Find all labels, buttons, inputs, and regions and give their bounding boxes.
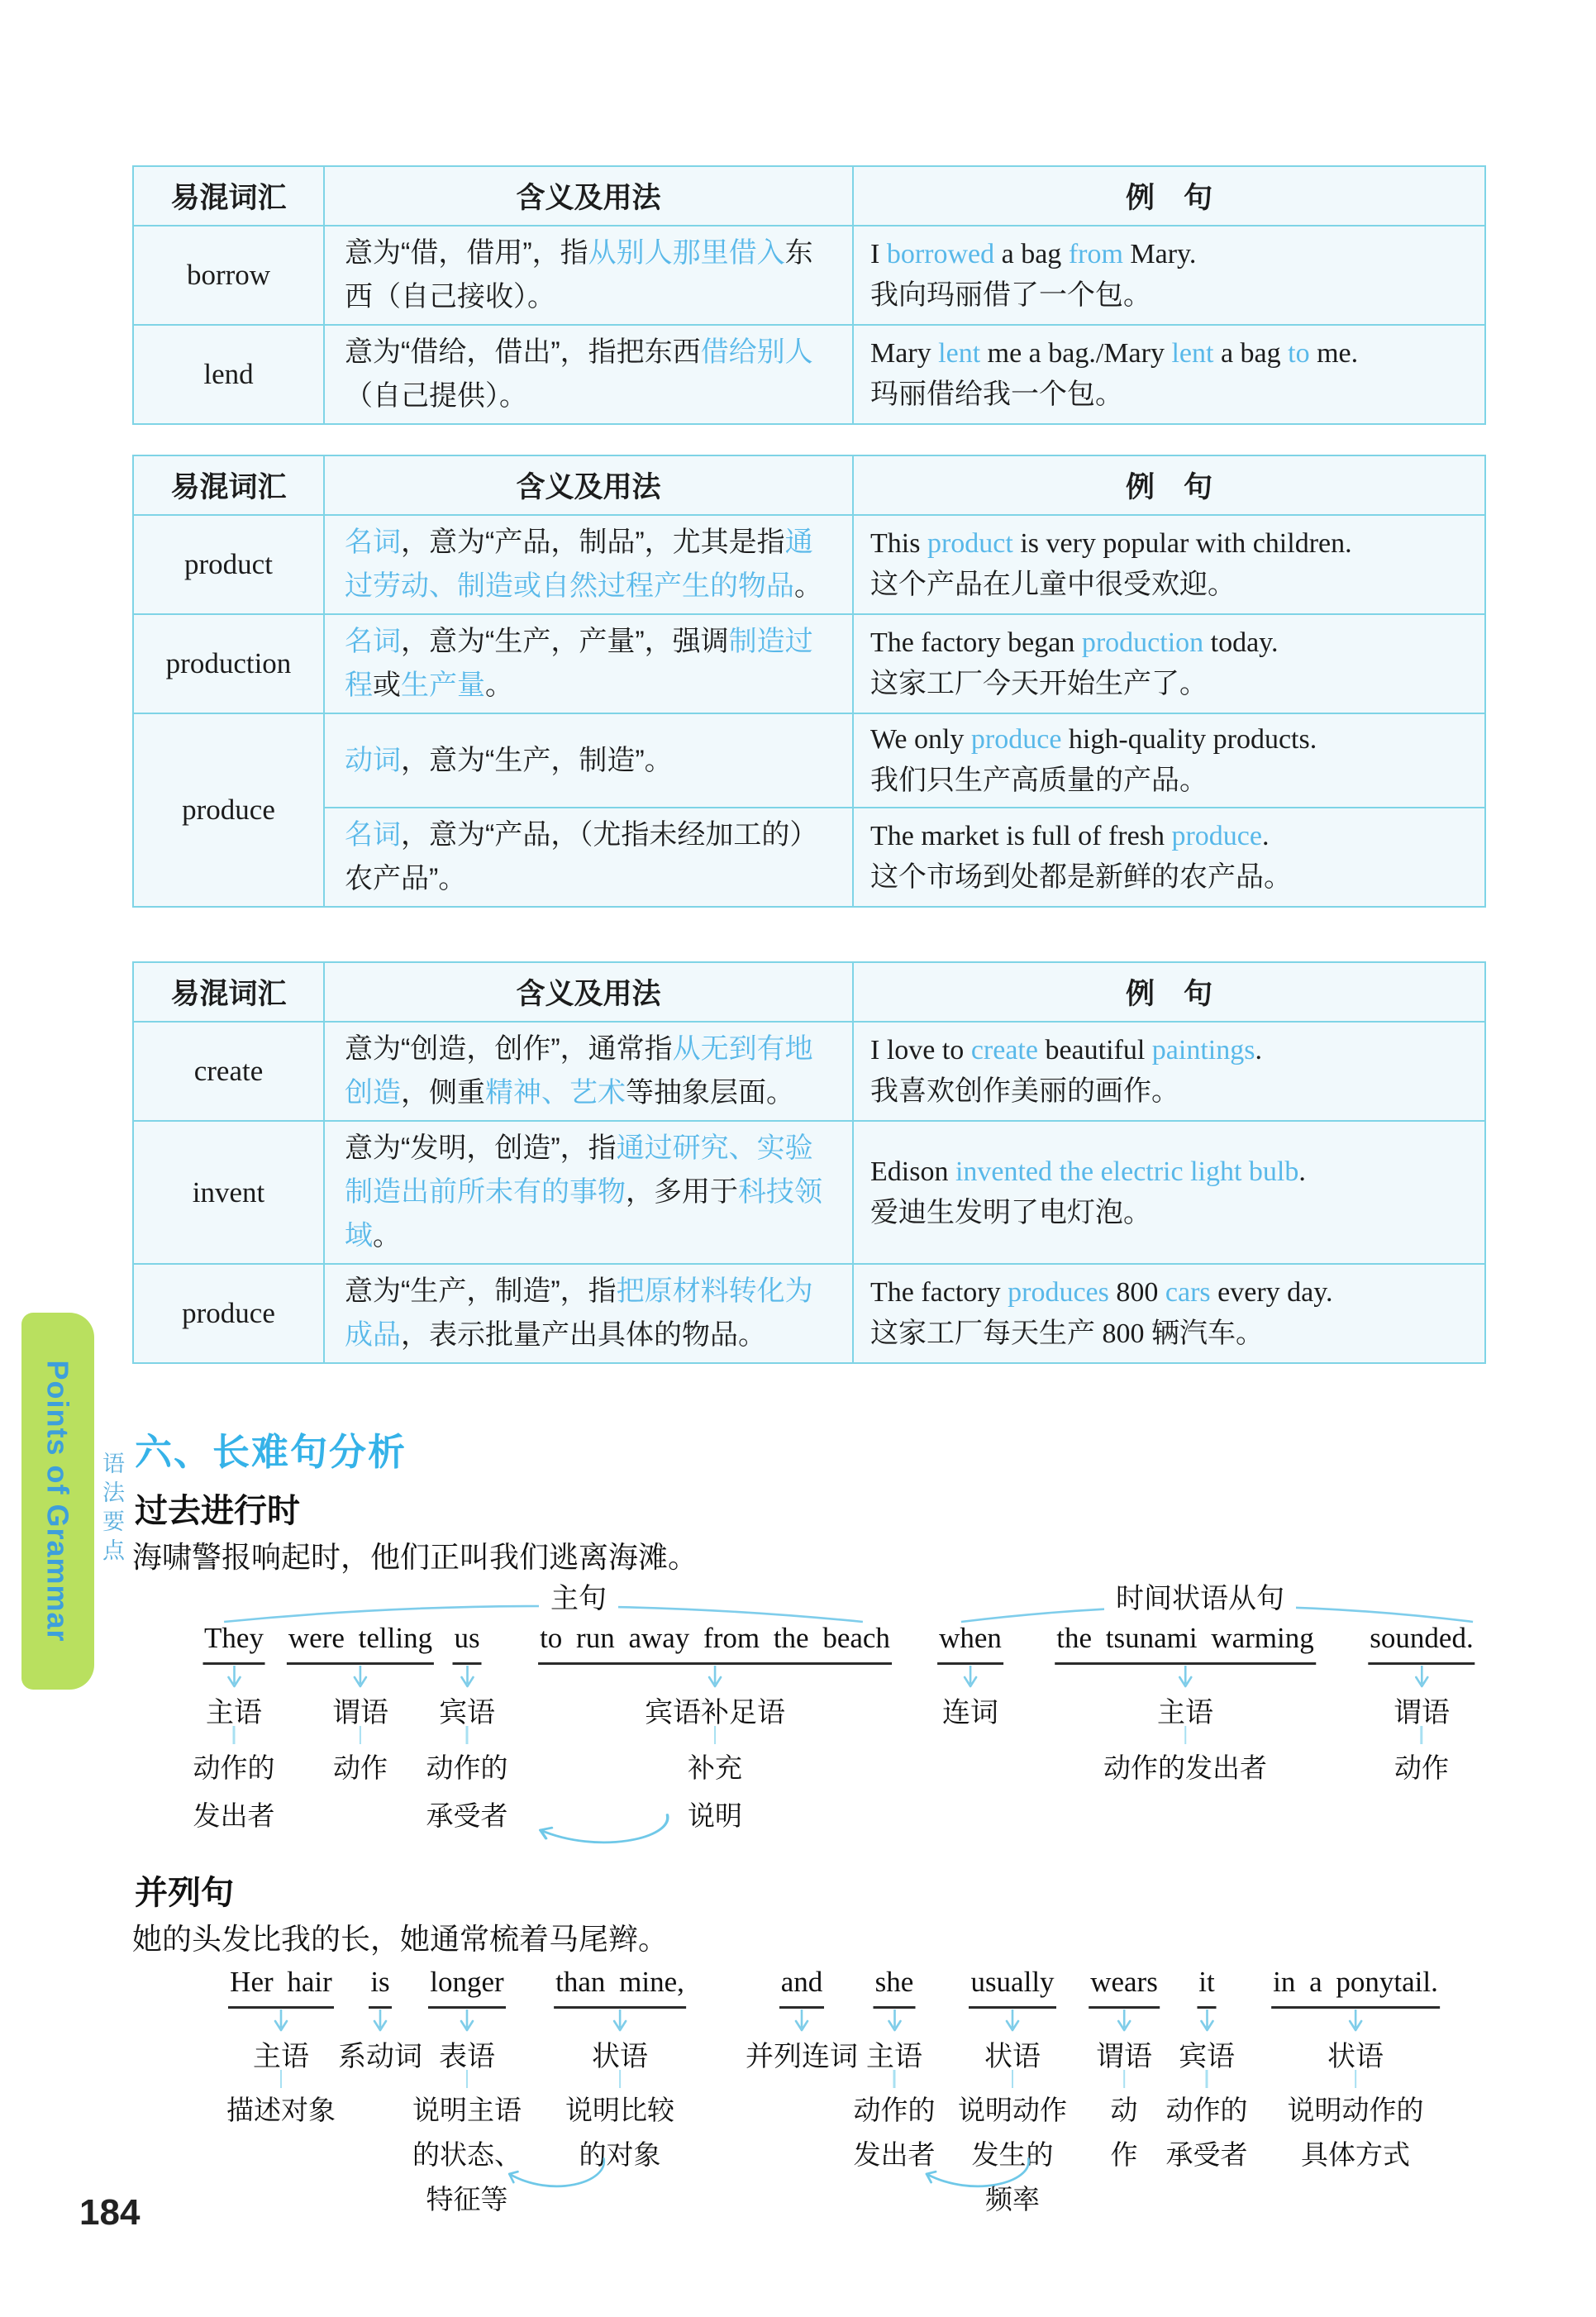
table-row: invent意为“发明，创造”，指通过研究、实验制造出前所未有的事物，多用于科技… (133, 1121, 1485, 1264)
table-row: produce动词，意为“生产，制造”。We only produce high… (133, 713, 1485, 808)
highlighted-text: 生产量 (401, 670, 485, 701)
meaning-cell: 意为“借，借用”，指从别人那里借入东西（自己接收）。 (324, 226, 853, 325)
plain-text: I love to (870, 1035, 971, 1066)
loop-arrow-icon (529, 1810, 671, 1848)
plain-text: 我向玛丽借了一个包。 (870, 280, 1151, 311)
plain-text: Edison (870, 1156, 955, 1187)
highlighted-text: 名词 (345, 626, 401, 657)
example-cell: The factory began production today.这家工厂今… (853, 614, 1485, 713)
text-line: 爱迪生发明了电灯泡。 (870, 1193, 1468, 1234)
subsection-title-compound-sentence: 并列句 (135, 1866, 234, 1914)
note-line: 动作的 (426, 1744, 508, 1792)
side-tab-chinese-label: 语法要点 (96, 1452, 128, 1567)
plain-text: a bag (994, 239, 1069, 269)
role-label: 表语 (439, 2037, 495, 2070)
highlighted-text: lent (1171, 338, 1213, 369)
note-line: 动作 (1394, 1744, 1449, 1792)
column-header: 例 句 (853, 166, 1485, 226)
text-line: I borrowed a bag from Mary. (870, 234, 1468, 275)
plain-text: ，意为“产品，（尤指未经加工的）农产品”。 (345, 819, 817, 894)
note-line: 动作的 (854, 2088, 936, 2133)
text-line: The market is full of fresh produce. (870, 816, 1468, 857)
connector-line (466, 2070, 469, 2088)
note-label: 动作 (1111, 2088, 1138, 2177)
connector-line (1355, 2070, 1357, 2088)
note-label: 补充说明 (688, 1744, 742, 1840)
sentence-group: were telling谓语动作 (287, 1622, 434, 1792)
note-line: 动作的 (193, 1744, 275, 1792)
vocab-word-cell: product (133, 515, 324, 614)
plain-text: 玛丽借给我一个包。 (870, 379, 1123, 410)
subsection-title-past-progressive: 过去进行时 (135, 1485, 300, 1532)
note-label: 动作的承受者 (426, 1744, 508, 1840)
text-line: 意为“借，借用”，指从别人那里借入东西（自己接收）。 (345, 231, 832, 319)
highlighted-text: 精神、艺术 (485, 1077, 626, 1108)
role-label: 主语 (253, 2037, 309, 2070)
plain-text: 等抽象层面。 (626, 1077, 794, 1108)
note-line: 具体方式 (1288, 2133, 1424, 2177)
plain-text: 这家工厂今天开始生产了。 (870, 669, 1208, 699)
sentence-segment: when (937, 1622, 1003, 1665)
plain-text: ，多用于 (626, 1176, 738, 1208)
vocab-word-cell: produce (133, 713, 324, 907)
connector-line (1012, 2070, 1014, 2088)
plain-text: . (1262, 821, 1270, 851)
connector-line (1206, 2070, 1208, 2088)
plain-text: （自己提供）。 (345, 380, 527, 412)
role-label: 宾语补足语 (645, 1693, 785, 1726)
sentence-segment: usually (969, 1966, 1055, 2009)
column-header: 例 句 (853, 962, 1485, 1022)
note-line: 补充 (688, 1744, 742, 1792)
sentence-group: it宾语动作的承受者 (1166, 1966, 1248, 2177)
plain-text: 意为“借给，借出”，指把东西 (345, 336, 701, 368)
text-line: This product is very popular with childr… (870, 523, 1468, 565)
role-label: 状语 (1327, 2037, 1384, 2070)
vocab-table-create-invent: 易混词汇含义及用法例 句create意为“创造，创作”，通常指从无到有地创造，侧… (132, 961, 1486, 1364)
table-row: produce意为“生产，制造”，指把原材料转化为成品，表示批量产出具体的物品。… (133, 1264, 1485, 1363)
sentence-segment: it (1197, 1966, 1216, 2009)
text-line: 意为“发明，创造”，指通过研究、实验制造出前所未有的事物，多用于科技领域。 (345, 1127, 832, 1258)
plain-text: ，意为“产品，制品”，尤其是指 (401, 527, 785, 558)
plain-text: a bag (1213, 338, 1288, 369)
plain-text: ，侧重 (401, 1077, 485, 1108)
plain-text: . (1298, 1156, 1306, 1187)
highlighted-text: 名词 (345, 819, 401, 851)
text-line: 意为“借给，借出”，指把东西借给别人（自己提供）。 (345, 331, 832, 418)
sentence-segment: the tsunami warming (1055, 1622, 1316, 1665)
text-line: 我们只生产高质量的产品。 (870, 760, 1468, 802)
text-line: 玛丽借给我一个包。 (870, 374, 1468, 416)
plain-text: Mary (870, 338, 938, 369)
example-cell: The factory produces 800 cars every day.… (853, 1264, 1485, 1363)
vocab-word-cell: borrow (133, 226, 324, 325)
table-row: product名词，意为“产品，制品”，尤其是指通过劳动、制造或自然过程产生的物… (133, 515, 1485, 614)
role-label: 主语 (866, 2037, 922, 2070)
sentence-segment: were telling (287, 1622, 434, 1665)
meaning-cell: 意为“生产，制造”，指把原材料转化为成品，表示批量产出具体的物品。 (324, 1264, 853, 1363)
role-label: 状语 (984, 2037, 1041, 2070)
example-cell: I borrowed a bag from Mary.我向玛丽借了一个包。 (853, 226, 1485, 325)
note-line: 说明比较 (565, 2088, 674, 2133)
meaning-cell: 名词，意为“产品，（尤指未经加工的）农产品”。 (324, 808, 853, 907)
column-header: 易混词汇 (133, 166, 324, 226)
sentence-group: is系动词 (338, 1966, 422, 2070)
text-line: 动词，意为“生产，制造”。 (345, 739, 832, 783)
text-line: The factory began production today. (870, 622, 1468, 664)
role-label: 连词 (942, 1693, 998, 1726)
note-label: 动作的发出者 (193, 1744, 275, 1840)
connector-line (714, 1726, 717, 1744)
note-label: 描述对象 (226, 2088, 336, 2133)
plain-text: ，意为“生产，产量”，强调 (401, 626, 729, 657)
highlighted-text: production (1082, 627, 1203, 658)
note-line: 动 (1111, 2088, 1138, 2133)
highlighted-text: produces (1008, 1277, 1109, 1308)
vocab-table: 易混词汇含义及用法例 句create意为“创造，创作”，通常指从无到有地创造，侧… (132, 961, 1486, 1364)
meaning-cell: 名词，意为“生产，产量”，强调制造过程或生产量。 (324, 614, 853, 713)
highlighted-text: product (927, 528, 1013, 559)
text-line: I love to create beautiful paintings. (870, 1030, 1468, 1071)
vocab-word-cell: production (133, 614, 324, 713)
text-line: Mary lent me a bag./Mary lent a bag to m… (870, 333, 1468, 374)
sentence-group: us宾语动作的承受者 (426, 1622, 508, 1840)
sentence-diagram-compound: Her hair主语描述对象is系动词longer表语说明主语的状态、特征等th… (0, 1966, 1596, 2296)
note-label: 动作 (333, 1744, 388, 1792)
section-title: 六、长难句分析 (135, 1422, 407, 1476)
text-line: 意为“生产，制造”，指把原材料转化为成品，表示批量产出具体的物品。 (345, 1270, 832, 1357)
plain-text: me. (1310, 338, 1359, 369)
text-line: 名词，意为“产品，制品”，尤其是指通过劳动、制造或自然过程产生的物品。 (345, 521, 832, 608)
connector-line (466, 1726, 469, 1744)
clause-label: 时间状语从句 (1104, 1576, 1296, 1616)
connector-line (233, 1726, 236, 1744)
plain-text: high-quality products. (1061, 724, 1317, 755)
text-line: 这个产品在儿童中很受欢迎。 (870, 565, 1468, 606)
note-line: 动作的 (1166, 2088, 1248, 2133)
sentence-group: They主语动作的发出者 (193, 1622, 275, 1840)
loop-arrow-icon (917, 2154, 1031, 2192)
highlighted-text: lent (938, 338, 980, 369)
note-label: 动作的发出者 (1103, 1744, 1267, 1792)
column-header: 易混词汇 (133, 455, 324, 515)
role-label: 宾语 (439, 1693, 495, 1726)
text-line: 这家工厂今天开始生产了。 (870, 664, 1468, 705)
sentence-group: to run away from the beach宾语补足语补充说明 (538, 1622, 892, 1840)
highlighted-text: to (1288, 338, 1309, 369)
plain-text: 。 (373, 1220, 401, 1251)
column-header: 易混词汇 (133, 962, 324, 1022)
sentence-segment: sounded. (1368, 1622, 1475, 1665)
note-line: 动作的发出者 (1103, 1744, 1267, 1792)
note-line: 说明主语 (412, 2088, 522, 2133)
sentence-segment: and (779, 1966, 825, 2009)
example-cell: We only produce high-quality products.我们… (853, 713, 1485, 808)
role-label: 谓语 (1394, 1693, 1450, 1726)
note-label: 动作的承受者 (1166, 2088, 1248, 2177)
text-line: 意为“创造，创作”，通常指从无到有地创造，侧重精神、艺术等抽象层面。 (345, 1027, 832, 1115)
note-line: 描述对象 (226, 2088, 336, 2133)
header-row: 易混词汇含义及用法例 句 (133, 962, 1485, 1022)
connector-line (619, 2070, 622, 2088)
column-header: 含义及用法 (324, 166, 853, 226)
sentence-segment: Her hair (228, 1966, 334, 2009)
sentence-group: and并列连词 (746, 1966, 858, 2070)
plain-text: 这家工厂每天生产 800 辆汽车。 (870, 1318, 1264, 1349)
plain-text: We only (870, 724, 971, 755)
connector-line (1421, 1726, 1423, 1744)
column-header: 例 句 (853, 455, 1485, 515)
role-label: 主语 (1157, 1693, 1213, 1726)
plain-text: 或 (373, 670, 401, 701)
highlighted-text: create (971, 1035, 1038, 1066)
example-cell: Edison invented the electric light bulb.… (853, 1121, 1485, 1264)
example-cell: I love to create beautiful paintings.我喜欢… (853, 1022, 1485, 1121)
plain-text: is very popular with children. (1013, 528, 1352, 559)
vocab-word-cell: lend (133, 325, 324, 424)
vocab-word-cell: create (133, 1022, 324, 1121)
plain-text: 我们只生产高质量的产品。 (870, 765, 1208, 796)
plain-text: ，表示批量产出具体的物品。 (401, 1319, 766, 1351)
highlighted-text: 从别人那里借入 (588, 237, 785, 269)
plain-text: 。 (485, 670, 513, 701)
sentence-segment: in a ponytail. (1271, 1966, 1440, 2009)
table-row: lend意为“借给，借出”，指把东西借给别人（自己提供）。Mary lent m… (133, 325, 1485, 424)
text-line: 名词，意为“生产，产量”，强调制造过程或生产量。 (345, 620, 832, 708)
sentence-group: when连词 (937, 1622, 1003, 1726)
sentence-segment: longer (428, 1966, 505, 2009)
plain-text: . (1255, 1035, 1262, 1066)
plain-text: The factory (870, 1277, 1008, 1308)
highlighted-text: produce (971, 724, 1062, 755)
example-cell: The market is full of fresh produce.这个市场… (853, 808, 1485, 907)
plain-text: 意为“借，借用”，指 (345, 237, 588, 269)
column-header: 含义及用法 (324, 962, 853, 1022)
role-label: 主语 (206, 1693, 262, 1726)
note-line: 发出者 (193, 1792, 275, 1840)
sentence-segment: is (369, 1966, 391, 2009)
sentence-segment: They (202, 1622, 265, 1665)
plain-text: 意为“发明，创造”，指 (345, 1132, 617, 1164)
clause-label: 主句 (539, 1576, 618, 1616)
text-line: 我喜欢创作美丽的画作。 (870, 1071, 1468, 1113)
highlighted-text: 动词 (345, 745, 401, 776)
side-tab-label: Points of Grammar (40, 1360, 75, 1642)
plain-text: Mary. (1123, 239, 1196, 269)
connector-line (360, 1726, 362, 1744)
plain-text: ，意为“生产，制造”。 (401, 745, 673, 776)
text-line: Edison invented the electric light bulb. (870, 1151, 1468, 1193)
connector-line (893, 2070, 896, 2088)
plain-text: today. (1203, 627, 1278, 658)
sentence-segment: she (874, 1966, 916, 2009)
highlighted-text: 名词 (345, 527, 401, 558)
sentence-group: wears谓语动作 (1089, 1966, 1160, 2177)
vocab-word-cell: produce (133, 1264, 324, 1363)
plain-text: I (870, 239, 887, 269)
meaning-cell: 名词，意为“产品，制品”，尤其是指通过劳动、制造或自然过程产生的物品。 (324, 515, 853, 614)
text-line: The factory produces 800 cars every day. (870, 1272, 1468, 1313)
note-label: 动作 (1394, 1744, 1449, 1792)
example-cell: Mary lent me a bag./Mary lent a bag to m… (853, 325, 1485, 424)
page-number: 184 (79, 2192, 140, 2234)
role-label: 系动词 (338, 2037, 422, 2070)
plain-text: 。 (794, 570, 822, 602)
connector-line (280, 2070, 283, 2088)
intro-sentence-compound-sentence: 她的头发比我的长，她通常梳着马尾辫。 (132, 1916, 668, 1958)
plain-text: me a bag./Mary (980, 338, 1171, 369)
header-row: 易混词汇含义及用法例 句 (133, 455, 1485, 515)
vocab-table-borrow-lend: 易混词汇含义及用法例 句borrow意为“借，借用”，指从别人那里借入东西（自己… (132, 165, 1486, 425)
highlighted-text: cars (1165, 1277, 1211, 1308)
example-cell: This product is very popular with childr… (853, 515, 1485, 614)
sentence-segment: to run away from the beach (538, 1622, 892, 1665)
vocab-table-product-produce: 易混词汇含义及用法例 句product名词，意为“产品，制品”，尤其是指通过劳动… (132, 455, 1486, 908)
vocab-table: 易混词汇含义及用法例 句borrow意为“借，借用”，指从别人那里借入东西（自己… (132, 165, 1486, 425)
role-label: 宾语 (1179, 2037, 1235, 2070)
column-header: 含义及用法 (324, 455, 853, 515)
sentence-group: Her hair主语描述对象 (226, 1966, 336, 2133)
text-line: 这家工厂每天生产 800 辆汽车。 (870, 1313, 1468, 1355)
role-label: 并列连词 (746, 2037, 858, 2070)
note-line: 说明动作 (958, 2088, 1067, 2133)
text-line: We only produce high-quality products. (870, 719, 1468, 760)
loop-arrow-icon (501, 2154, 607, 2192)
highlighted-text: paintings (1152, 1035, 1255, 1066)
note-line: 说明 (688, 1792, 742, 1840)
plain-text: 意为“创造，创作”，通常指 (345, 1033, 673, 1065)
highlighted-text: invented the electric light bulb (955, 1156, 1298, 1187)
role-label: 状语 (592, 2037, 648, 2070)
vocab-table: 易混词汇含义及用法例 句product名词，意为“产品，制品”，尤其是指通过劳动… (132, 455, 1486, 908)
note-line: 承受者 (426, 1792, 508, 1840)
table-row: borrow意为“借，借用”，指从别人那里借入东西（自己接收）。I borrow… (133, 226, 1485, 325)
table-row: create意为“创造，创作”，通常指从无到有地创造，侧重精神、艺术等抽象层面。… (133, 1022, 1485, 1121)
intro-sentence-past-progressive: 海啸警报响起时，他们正叫我们逃离海滩。 (132, 1534, 698, 1576)
sentence-diagram-past-progressive: 主句时间状语从句They主语动作的发出者were telling谓语动作us宾语… (0, 1577, 1596, 1858)
plain-text: This (870, 528, 927, 559)
table-row: production名词，意为“生产，产量”，强调制造过程或生产量。The fa… (133, 614, 1485, 713)
text-line: 这个市场到处都是新鲜的农产品。 (870, 857, 1468, 899)
highlighted-text: produce (1171, 821, 1262, 851)
sentence-group: in a ponytail.状语说明动作的具体方式 (1271, 1966, 1440, 2177)
plain-text: 这个市场到处都是新鲜的农产品。 (870, 862, 1292, 893)
vocab-word-cell: invent (133, 1121, 324, 1264)
role-label: 谓语 (1096, 2037, 1152, 2070)
sentence-segment: us (452, 1622, 481, 1665)
highlighted-text: from (1069, 239, 1123, 269)
plain-text: 我喜欢创作美丽的画作。 (870, 1076, 1179, 1107)
sentence-group: than mine,状语说明比较的对象 (554, 1966, 686, 2177)
plain-text: The market is full of fresh (870, 821, 1171, 851)
note-label: 说明动作的具体方式 (1288, 2088, 1424, 2177)
sentence-group: she主语动作的发出者 (854, 1966, 936, 2177)
meaning-cell: 意为“创造，创作”，通常指从无到有地创造，侧重精神、艺术等抽象层面。 (324, 1022, 853, 1121)
connector-line (1123, 2070, 1126, 2088)
header-row: 易混词汇含义及用法例 句 (133, 166, 1485, 226)
note-line: 作 (1111, 2133, 1138, 2177)
plain-text: 800 (1109, 1277, 1165, 1308)
note-line: 说明动作的 (1288, 2088, 1424, 2133)
chapter-side-tab: Points of Grammar (21, 1313, 94, 1690)
highlighted-text: 借给别人 (701, 336, 813, 368)
note-line: 动作 (333, 1744, 388, 1792)
role-label: 谓语 (332, 1693, 388, 1726)
sentence-group: the tsunami warming主语动作的发出者 (1055, 1622, 1316, 1792)
plain-text: 爱迪生发明了电灯泡。 (870, 1198, 1151, 1228)
text-line: 名词，意为“产品，（尤指未经加工的）农产品”。 (345, 813, 832, 901)
highlighted-text: borrowed (887, 239, 994, 269)
note-line: 承受者 (1166, 2133, 1248, 2177)
sentence-segment: wears (1089, 1966, 1160, 2009)
plain-text: The factory began (870, 627, 1082, 658)
sentence-group: sounded.谓语动作 (1368, 1622, 1475, 1792)
plain-text: 这个产品在儿童中很受欢迎。 (870, 570, 1236, 600)
sentence-segment: than mine, (554, 1966, 686, 2009)
meaning-cell: 意为“借给，借出”，指把东西借给别人（自己提供）。 (324, 325, 853, 424)
plain-text: beautiful (1038, 1035, 1152, 1066)
meaning-cell: 动词，意为“生产，制造”。 (324, 713, 853, 808)
meaning-cell: 意为“发明，创造”，指通过研究、实验制造出前所未有的事物，多用于科技领域。 (324, 1121, 853, 1264)
plain-text: 意为“生产，制造”，指 (345, 1275, 617, 1307)
text-line: 我向玛丽借了一个包。 (870, 275, 1468, 317)
connector-line (1184, 1726, 1187, 1744)
plain-text: every day. (1211, 1277, 1333, 1308)
table-row: 名词，意为“产品，（尤指未经加工的）农产品”。The market is ful… (133, 808, 1485, 907)
